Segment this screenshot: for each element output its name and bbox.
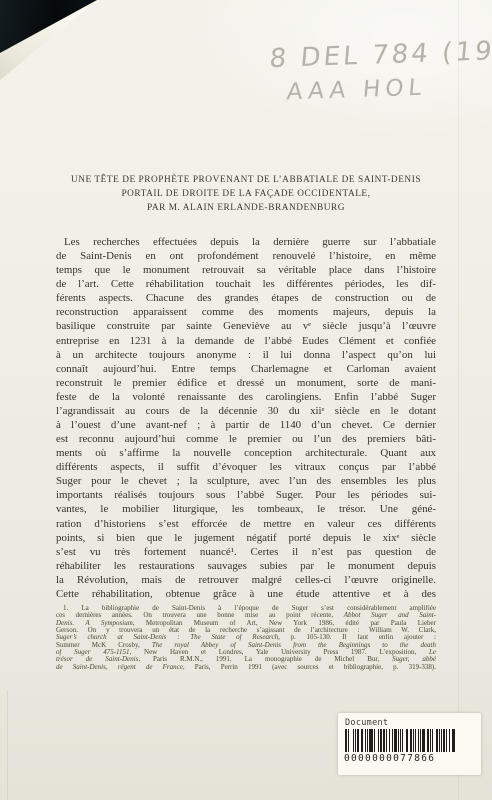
body-line: Cette réhabilitation, obtenue grâce à un… [56, 587, 436, 601]
footnote-line: Summer McK Crosby, The royal Abbey of Sa… [56, 642, 436, 649]
body-line: ments où s’affirme la nouvelle conceptio… [56, 446, 436, 460]
article-body: Les recherches effectuées depuis la dern… [56, 235, 436, 601]
body-line: s’est vu très fortement nuancé¹. Certes … [56, 545, 436, 559]
body-line: reconstruction apparaissent comme des mo… [56, 305, 436, 319]
barcode-image [344, 729, 458, 752]
footnote-line: Suger’s church at Saint-Denis : The Stat… [56, 634, 436, 641]
page-edge-line [458, 0, 459, 800]
body-line: l’agrandissait au cours de la décennie 3… [56, 404, 436, 418]
body-line: entreprise en 1231 à la demande de l’abb… [56, 334, 436, 348]
body-line: à l’ouest d’une avant-nef ; à partir de … [56, 418, 436, 432]
footnote-line: of Suger 475-1151, New Haven et Londres,… [56, 649, 436, 656]
article-title-line1: UNE TÊTE DE PROPHÈTE PROVENANT DE L’ABBA… [56, 174, 436, 188]
body-line: reconstruit le premier édifice et dressé… [56, 376, 436, 390]
body-line: Les recherches effectuées depuis la dern… [56, 235, 436, 249]
footnote-line: 1. La bibliographie de Saint-Denis à l’é… [56, 605, 436, 612]
body-line: la Révolution, mais de retrouver malgré … [56, 573, 436, 587]
body-line: temps que le monument retrouvait sa véri… [56, 263, 436, 277]
body-line: points, si bien que le jugement négatif … [56, 531, 436, 545]
body-line: vantes, le mobilier liturgique, les tomb… [56, 502, 436, 516]
body-line: importants réalisés toujours sous l’abbé… [56, 488, 436, 502]
body-line: férents aspects. Chacune des grandes éta… [56, 291, 436, 305]
body-line: ration d’historiens s’est efforcée de me… [56, 517, 436, 531]
article-title-line2: PORTAIL DE DROITE DE LA FAÇADE OCCIDENTA… [56, 188, 436, 202]
barcode-label: Document [345, 718, 481, 728]
footnote-block: 1. La bibliographie de Saint-Denis à l’é… [56, 605, 436, 671]
body-line: est reconnu aujourd’hui comme le premier… [56, 432, 436, 446]
body-line: de l’art. Cette réhabilitation touchait … [56, 277, 436, 291]
article-author-line: PAR M. ALAIN ERLANDE-BRANDENBURG [56, 202, 436, 216]
body-line: basilique construite par sainte Genevièv… [56, 319, 436, 333]
body-line: connaît aujourd’hui. Entre temps Charlem… [56, 362, 436, 376]
barcode-sticker: Document 0000000077866 [338, 713, 481, 775]
body-line: à un architecte toujours anonyme : il lu… [56, 348, 436, 362]
footnote-line: de Saint-Denis, régent de France, Paris,… [56, 664, 436, 671]
body-line: réhabiliter les restaurations sauvages s… [56, 559, 436, 573]
body-line: de Saint-Denis en ont profondément renou… [56, 249, 436, 263]
barcode-number: 0000000077866 [344, 753, 481, 764]
body-line: Suger pour le chevet ; la sculpture, ave… [56, 474, 436, 488]
footnote-line: Denis. A Symposium, Metropolitan Museum … [56, 620, 436, 627]
scanned-document-page: 8 DEL 784 (19) AAA HOL UNE TÊTE DE PROPH… [0, 0, 492, 800]
footnote-line: Gerson. On y trouvera un état de la rech… [56, 627, 436, 634]
handwritten-collection-code: AAA HOL [286, 75, 428, 106]
footnote-line: trésor de Saint-Denis, Paris R.M.N., 199… [56, 656, 436, 663]
body-line: différents aspects, il suffit d’évoquer … [56, 460, 436, 474]
page-edge-line [7, 690, 8, 800]
footnote-line: ces dernières années. On trouvera une bo… [56, 612, 436, 619]
body-line: feste de la volonté renaissante des caro… [56, 390, 436, 404]
article-title-block: UNE TÊTE DE PROPHÈTE PROVENANT DE L’ABBA… [56, 174, 436, 216]
